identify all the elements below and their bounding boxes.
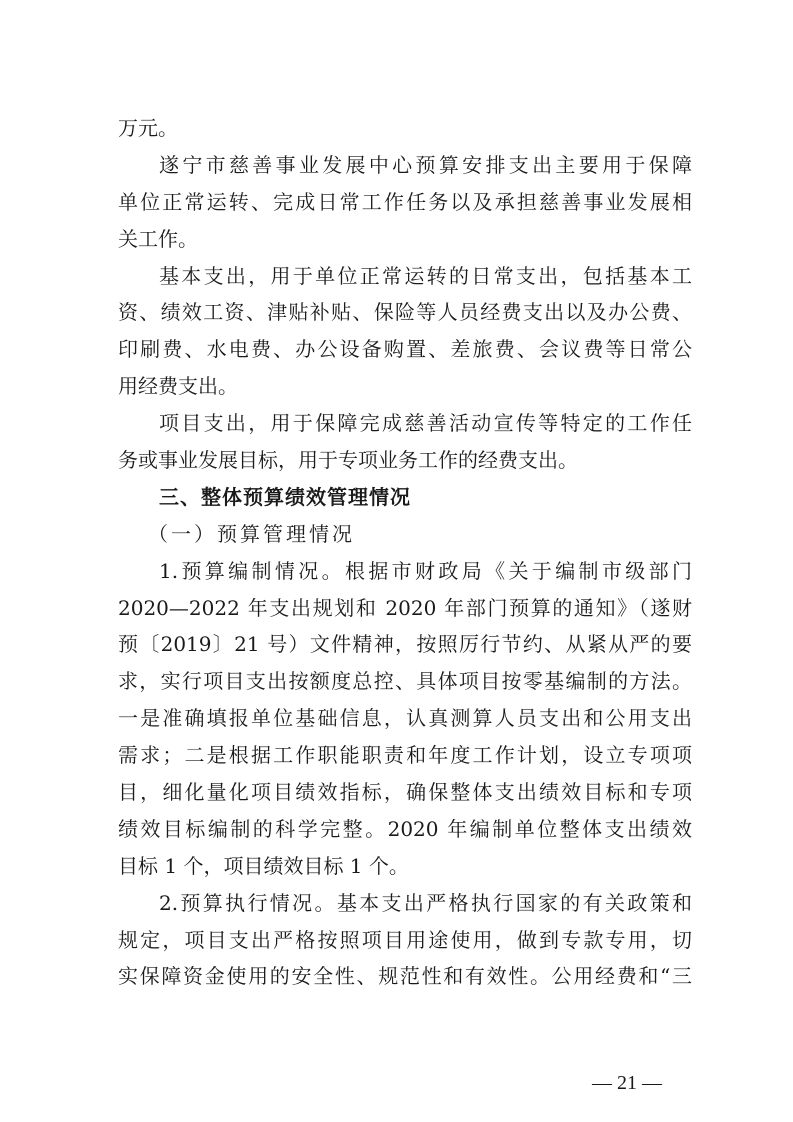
paragraph-line: 预〔2019〕21 号）文件精神，按照厉行节约、从紧从严的要	[118, 626, 692, 663]
paragraph-line: 目，细化量化项目绩效指标，确保整体支出绩效目标和专项	[118, 774, 692, 811]
paragraph-line: 遂宁市慈善事业发展中心预算安排支出主要用于保障	[118, 147, 692, 184]
paragraph-line: 一是准确填报单位基础信息，认真测算人员支出和公用支出	[118, 700, 692, 737]
paragraph-line: 关工作。	[118, 221, 692, 258]
page-number: — 21 —	[572, 1072, 682, 1095]
paragraph-line: 基本支出，用于单位正常运转的日常支出，包括基本工	[118, 258, 692, 295]
paragraph-line: 项目支出，用于保障完成慈善活动宣传等特定的工作任	[118, 405, 692, 442]
paragraph-line: 印刷费、水电费、办公设备购置、差旅费、会议费等日常公	[118, 331, 692, 368]
paragraph-line: 2020—2022 年支出规划和 2020 年部门预算的通知》（遂财	[118, 590, 692, 627]
paragraph-line: 1.预算编制情况。根据市财政局《关于编制市级部门	[118, 553, 692, 590]
paragraph-line: 绩效目标编制的科学完整。2020 年编制单位整体支出绩效	[118, 811, 692, 848]
paragraph-line: 资、绩效工资、津贴补贴、保险等人员经费支出以及办公费、	[118, 294, 692, 331]
paragraph-line: 需求；二是根据工作职能职责和年度工作计划，设立专项项	[118, 737, 692, 774]
paragraph-line: 规定，项目支出严格按照项目用途使用，做到专款专用，切	[118, 922, 692, 959]
subsection-heading: （一）预算管理情况	[118, 516, 692, 553]
document-page: 万元。 遂宁市慈善事业发展中心预算安排支出主要用于保障 单位正常运转、完成日常工…	[0, 0, 793, 1122]
body-text: 万元。 遂宁市慈善事业发展中心预算安排支出主要用于保障 单位正常运转、完成日常工…	[118, 110, 692, 995]
paragraph-line: 务或事业发展目标，用于专项业务工作的经费支出。	[118, 442, 692, 479]
paragraph-line: 万元。	[118, 110, 692, 147]
paragraph-line: 实保障资金使用的安全性、规范性和有效性。公用经费和“三	[118, 958, 692, 995]
paragraph-line: 单位正常运转、完成日常工作任务以及承担慈善事业发展相	[118, 184, 692, 221]
paragraph-line: 目标 1 个，项目绩效目标 1 个。	[118, 848, 692, 885]
section-heading: 三、整体预算绩效管理情况	[118, 479, 692, 516]
paragraph-line: 用经费支出。	[118, 368, 692, 405]
paragraph-line: 求，实行项目支出按额度总控、具体项目按零基编制的方法。	[118, 663, 692, 700]
paragraph-line: 2.预算执行情况。基本支出严格执行国家的有关政策和	[118, 885, 692, 922]
